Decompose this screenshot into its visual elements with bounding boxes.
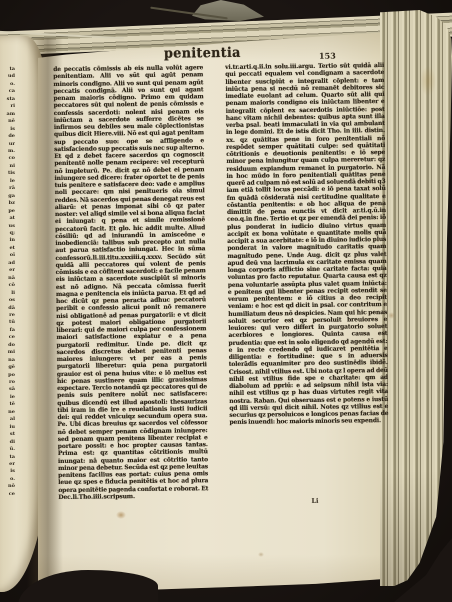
text-column-left: de peccatis cōmissis ab eis nulla volūt …	[53, 64, 208, 501]
foxing-stain	[258, 552, 264, 557]
printed-text-layer: penitentia 153 de peccatis cōmissis ab e…	[0, 0, 452, 602]
book-photograph: ta ud o. ca sta ri am nē is de ur m. co …	[0, 0, 452, 602]
text-column-right: vi.tr.arti.q.ii.in solu.iii.argu. Tertio…	[225, 62, 389, 499]
foxing-stain	[388, 312, 395, 319]
foxing-stain	[116, 511, 126, 519]
folio-number: 153	[319, 51, 336, 61]
foxing-stain	[420, 66, 436, 96]
running-header: penitentia	[164, 45, 241, 62]
signature-mark: Li	[311, 497, 318, 505]
